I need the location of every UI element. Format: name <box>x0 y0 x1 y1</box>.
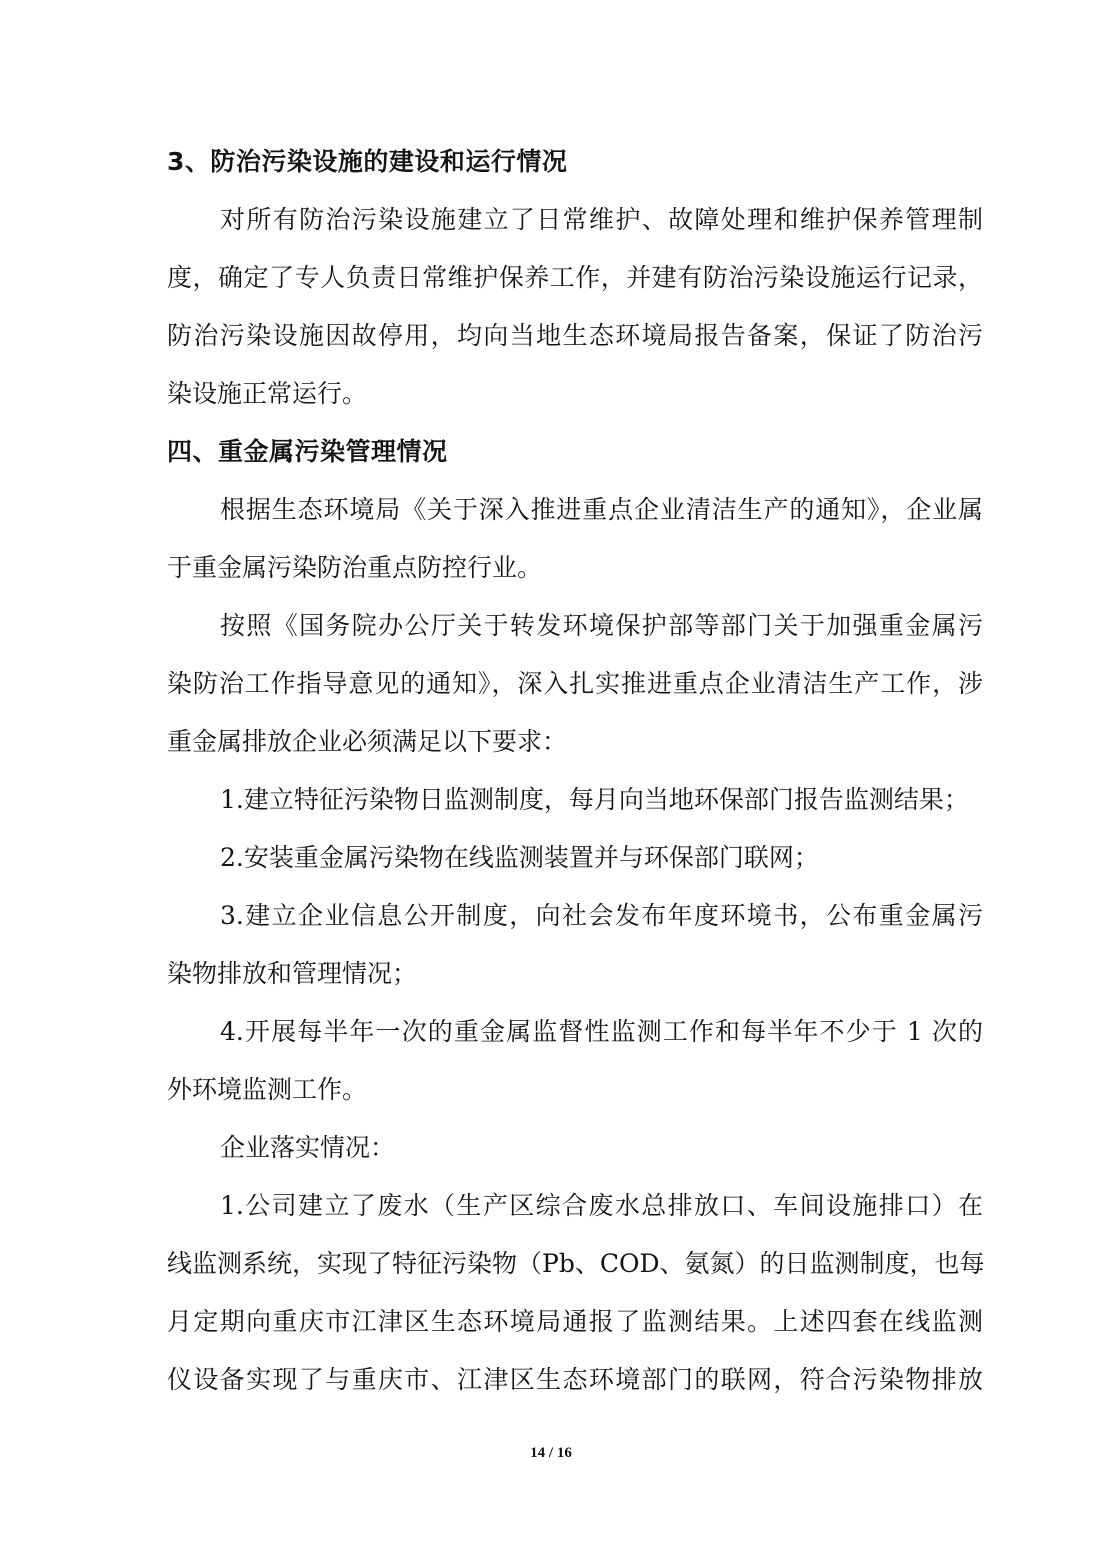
paragraph-facility-maintenance: 对所有防治污染设施建立了日常维护、故障处理和维护保养管理制 度，确定了专人负责日… <box>167 191 983 423</box>
text-line: 按照《国务院办公厅关于转发环境保护部等部门关于加强重金属污 <box>167 597 983 655</box>
text-line: 3.建立企业信息公开制度，向社会发布年度环境书，公布重金属污 <box>167 887 983 945</box>
text-line: 2.安装重金属污染物在线监测装置并与环保部门联网； <box>167 829 983 887</box>
text-line: 4.开展每半年一次的重金属监督性监测工作和每半年不少于 1 次的 <box>167 1003 983 1061</box>
paragraph-industry-classification: 根据生态环境局《关于深入推进重点企业清洁生产的通知》，企业属 于重金属污染防治重… <box>167 481 983 597</box>
paragraph-state-council-notice: 按照《国务院办公厅关于转发环境保护部等部门关于加强重金属污 染防治工作指导意见的… <box>167 597 983 771</box>
section-heading-pollution-facilities: 3、防治污染设施的建设和运行情况 <box>167 133 983 191</box>
text-line: 染防治工作指导意见的通知》，深入扎实推进重点企业清洁生产工作，涉 <box>167 655 983 713</box>
text-line: 1.建立特征污染物日监测制度，每月向当地环保部门报告监测结果； <box>167 771 983 829</box>
text-line: 染设施正常运行。 <box>167 365 983 423</box>
requirement-item-1: 1.建立特征污染物日监测制度，每月向当地环保部门报告监测结果； <box>167 771 983 829</box>
page-number: 14 / 16 <box>0 1445 1102 1462</box>
text-line: 度，确定了专人负责日常维护保养工作，并建有防治污染设施运行记录， <box>167 249 983 307</box>
implementation-item-1: 1.公司建立了废水（生产区综合废水总排放口、车间设施排口）在 线监测系统，实现了… <box>167 1177 983 1409</box>
text-line: 重金属排放企业必须满足以下要求： <box>167 713 983 771</box>
section-heading-heavy-metal: 四、重金属污染管理情况 <box>167 423 983 481</box>
text-line: 染物排放和管理情况； <box>167 945 983 1003</box>
implementation-label-paragraph: 企业落实情况： <box>167 1119 983 1177</box>
document-page: 3、防治污染设施的建设和运行情况 对所有防治污染设施建立了日常维护、故障处理和维… <box>167 133 983 1409</box>
text-line: 防治污染设施因故停用，均向当地生态环境局报告备案，保证了防治污 <box>167 307 983 365</box>
text-line: 1.公司建立了废水（生产区综合废水总排放口、车间设施排口）在 <box>167 1177 983 1235</box>
text-line: 根据生态环境局《关于深入推进重点企业清洁生产的通知》，企业属 <box>167 481 983 539</box>
text-line: 仪设备实现了与重庆市、江津区生态环境部门的联网，符合污染物排放 <box>167 1351 983 1409</box>
text-line: 对所有防治污染设施建立了日常维护、故障处理和维护保养管理制 <box>167 191 983 249</box>
requirement-item-3: 3.建立企业信息公开制度，向社会发布年度环境书，公布重金属污 染物排放和管理情况… <box>167 887 983 1003</box>
text-line: 外环境监测工作。 <box>167 1061 983 1119</box>
requirement-item-4: 4.开展每半年一次的重金属监督性监测工作和每半年不少于 1 次的 外环境监测工作… <box>167 1003 983 1119</box>
requirement-item-2: 2.安装重金属污染物在线监测装置并与环保部门联网； <box>167 829 983 887</box>
text-line: 月定期向重庆市江津区生态环境局通报了监测结果。上述四套在线监测 <box>167 1293 983 1351</box>
text-line: 于重金属污染防治重点防控行业。 <box>167 539 983 597</box>
text-line: 线监测系统，实现了特征污染物（Pb、COD、氨氮）的日监测制度，也每 <box>167 1235 983 1293</box>
implementation-label: 企业落实情况： <box>167 1119 983 1177</box>
